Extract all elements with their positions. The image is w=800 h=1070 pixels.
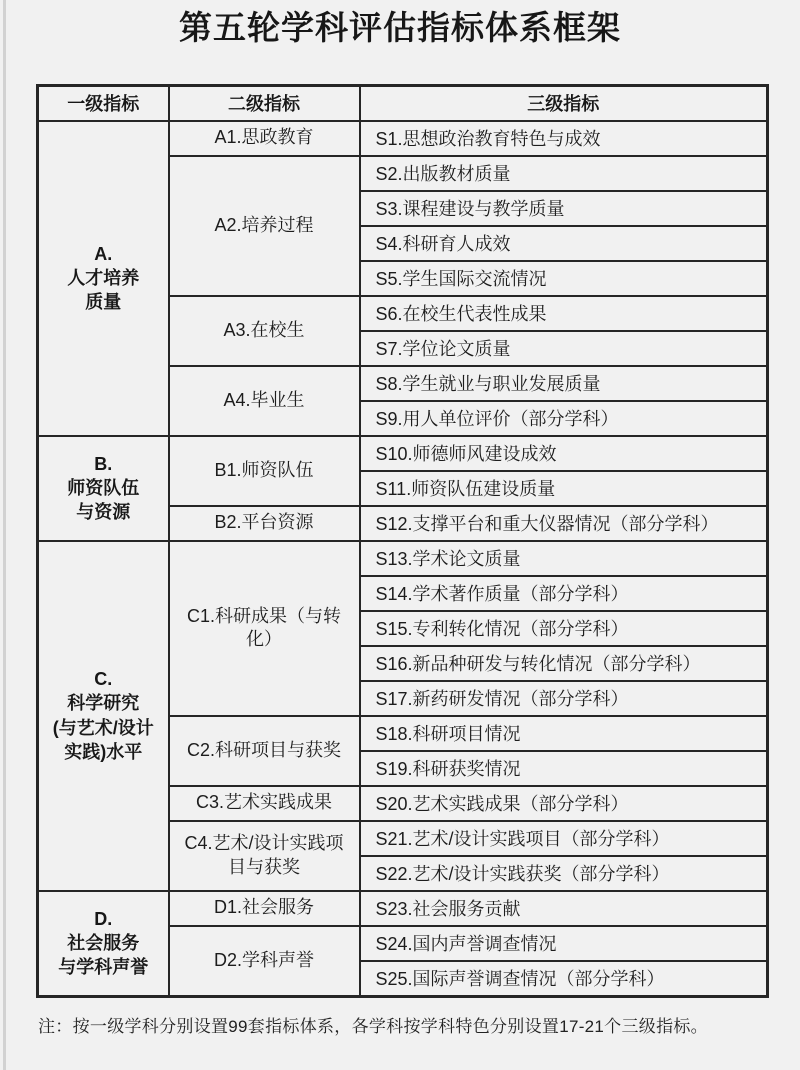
- table-row: C. 科学研究 (与艺术/设计 实践)水平C1.科研成果（与转化）S13.学术论…: [38, 541, 768, 576]
- level3-indicator-cell: S2.出版教材质量: [360, 156, 768, 191]
- level3-indicator-cell: S14.学术著作质量（部分学科）: [360, 576, 768, 611]
- footnote: 注：按一级学科分别设置99套指标体系，各学科按学科特色分别设置17-21个三级指…: [38, 1012, 800, 1037]
- evaluation-framework-table: 一级指标 二级指标 三级指标 A. 人才培养 质量A1.思政教育S1.思想政治教…: [36, 84, 769, 998]
- level3-indicator-cell: S24.国内声誉调查情况: [360, 926, 768, 961]
- level2-indicator-cell: D1.社会服务: [169, 891, 360, 926]
- level1-indicator-cell: B. 师资队伍 与资源: [38, 436, 169, 541]
- level2-indicator-cell: B1.师资队伍: [169, 436, 360, 506]
- level2-indicator-cell: A2.培养过程: [169, 156, 360, 296]
- level2-indicator-cell: A3.在校生: [169, 296, 360, 366]
- level3-indicator-cell: S21.艺术/设计实践项目（部分学科）: [360, 821, 768, 856]
- level3-indicator-cell: S4.科研育人成效: [360, 226, 768, 261]
- level3-indicator-cell: S23.社会服务贡献: [360, 891, 768, 926]
- level3-indicator-cell: S11.师资队伍建设质量: [360, 471, 768, 506]
- level3-indicator-cell: S17.新药研发情况（部分学科）: [360, 681, 768, 716]
- level3-indicator-cell: S1.思想政治教育特色与成效: [360, 121, 768, 156]
- level3-indicator-cell: S15.专利转化情况（部分学科）: [360, 611, 768, 646]
- column-header-level2: 二级指标: [169, 85, 360, 121]
- level3-indicator-cell: S18.科研项目情况: [360, 716, 768, 751]
- level3-indicator-cell: S6.在校生代表性成果: [360, 296, 768, 331]
- level3-indicator-cell: S10.师德师风建设成效: [360, 436, 768, 471]
- level2-indicator-cell: C1.科研成果（与转化）: [169, 541, 360, 716]
- level3-indicator-cell: S7.学位论文质量: [360, 331, 768, 366]
- table-row: B. 师资队伍 与资源B1.师资队伍S10.师德师风建设成效: [38, 436, 768, 471]
- level2-indicator-cell: B2.平台资源: [169, 506, 360, 541]
- level3-indicator-cell: S3.课程建设与教学质量: [360, 191, 768, 226]
- column-header-level3: 三级指标: [360, 85, 768, 121]
- level3-indicator-cell: S20.艺术实践成果（部分学科）: [360, 786, 768, 821]
- level2-indicator-cell: C3.艺术实践成果: [169, 786, 360, 821]
- header-row: 一级指标 二级指标 三级指标: [38, 85, 768, 121]
- level3-indicator-cell: S13.学术论文质量: [360, 541, 768, 576]
- level3-indicator-cell: S22.艺术/设计实践获奖（部分学科）: [360, 856, 768, 891]
- level3-indicator-cell: S16.新品种研发与转化情况（部分学科）: [360, 646, 768, 681]
- level3-indicator-cell: S25.国际声誉调查情况（部分学科）: [360, 961, 768, 997]
- column-header-level1: 一级指标: [38, 85, 169, 121]
- page-edge-line: [3, 0, 6, 1070]
- level1-indicator-cell: D. 社会服务 与学科声誉: [38, 891, 169, 997]
- level2-indicator-cell: A1.思政教育: [169, 121, 360, 156]
- level2-indicator-cell: A4.毕业生: [169, 366, 360, 436]
- level3-indicator-cell: S8.学生就业与职业发展质量: [360, 366, 768, 401]
- level2-indicator-cell: C2.科研项目与获奖: [169, 716, 360, 786]
- level3-indicator-cell: S19.科研获奖情况: [360, 751, 768, 786]
- level2-indicator-cell: D2.学科声誉: [169, 926, 360, 997]
- level3-indicator-cell: S9.用人单位评价（部分学科）: [360, 401, 768, 436]
- level2-indicator-cell: C4.艺术/设计实践项目与获奖: [169, 821, 360, 891]
- page: { "title": "第五轮学科评估指标体系框架", "note": "注：按…: [0, 0, 800, 1070]
- table-row: D. 社会服务 与学科声誉D1.社会服务S23.社会服务贡献: [38, 891, 768, 926]
- level1-indicator-cell: C. 科学研究 (与艺术/设计 实践)水平: [38, 541, 169, 891]
- table-row: A. 人才培养 质量A1.思政教育S1.思想政治教育特色与成效: [38, 121, 768, 156]
- page-title: 第五轮学科评估指标体系框架: [0, 8, 800, 48]
- level3-indicator-cell: S5.学生国际交流情况: [360, 261, 768, 296]
- level3-indicator-cell: S12.支撑平台和重大仪器情况（部分学科）: [360, 506, 768, 541]
- level1-indicator-cell: A. 人才培养 质量: [38, 121, 169, 436]
